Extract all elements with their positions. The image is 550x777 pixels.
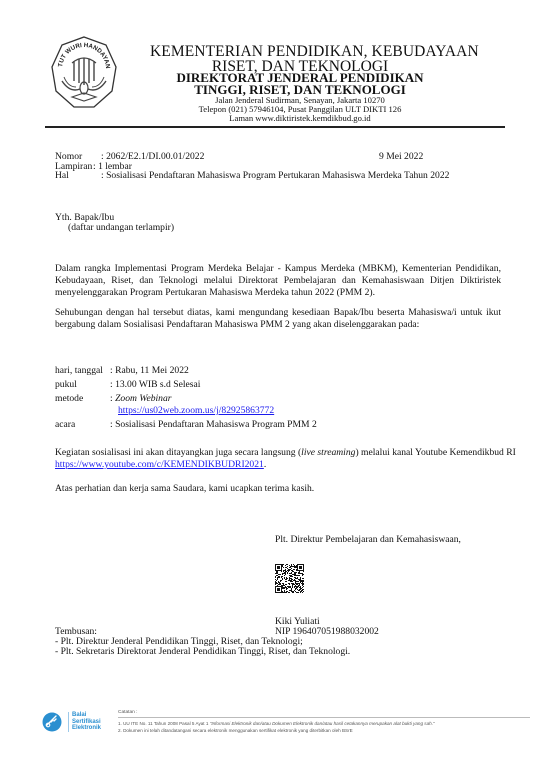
paragraph-3-italic: live streaming [301, 447, 355, 458]
paragraph-3-end: . [264, 459, 266, 470]
body-paragraph-3-line2: https://www.youtube.com/c/KEMENDIKBUDRI2… [55, 460, 505, 470]
detail-day-row: hari, tanggal: Rabu, 11 Mei 2022 [55, 366, 189, 376]
notes-label: Catatan : [118, 710, 530, 716]
bsre-logo: Balai Sertifikasi Elektronik [42, 712, 62, 737]
paragraph-3-mid: ) melalui kanal Youtube Kemendikbud RI [355, 447, 515, 458]
youtube-channel-link[interactable]: https://www.youtube.com/c/KEMENDIKBUDRI2… [55, 459, 264, 470]
tut-wuri-handayani-icon: TUT WURI HANDAYANI [48, 33, 120, 113]
detail-event-row: acara: Sosialisasi Pendaftaran Mahasiswa… [55, 420, 317, 430]
ministry-emblem-logo: TUT WURI HANDAYANI [48, 33, 120, 113]
detail-method-label: metode [55, 394, 110, 404]
body-paragraph-3-line1: Kegiatan sosialisasi ini akan ditayangka… [55, 448, 516, 458]
letterhead-divider [45, 126, 505, 128]
detail-time-row: pukul: 13.00 WIB s.d Selesai [55, 380, 200, 390]
qr-code-signature [275, 564, 304, 593]
paragraph-3-pre: Kegiatan sosialisasi ini akan ditayangka… [55, 447, 301, 458]
closing-sentence: Atas perhatian dan kerja sama Saudara, k… [55, 484, 314, 494]
bsre-key-icon [42, 712, 62, 732]
footer-note-1: 1. UU ITE No. 11 Tahun 2008 Pasal 5 Ayat… [118, 720, 530, 727]
zoom-webinar-link[interactable]: https://us02web.zoom.us/j/82925863772 [118, 406, 274, 416]
ministry-name-line1: KEMENTERIAN PENDIDIKAN, KEBUDAYAAN [150, 44, 450, 59]
body-paragraph-2: Sehubungan dengan hal tersebut diatas, k… [55, 307, 501, 331]
detail-event-label: acara [55, 420, 110, 430]
detail-event-value: : Sosialisasi Pendaftaran Mahasiswa Prog… [110, 419, 317, 430]
footer-notes: Catatan : 1. UU ITE No. 11 Tahun 2008 Pa… [118, 710, 530, 734]
detail-method-row: metode: Zoom Webinar [55, 394, 172, 404]
detail-method-value: Zoom Webinar [115, 393, 171, 404]
notes-divider [118, 717, 530, 718]
body-paragraph-1: Dalam rangka Implementasi Program Merdek… [55, 263, 501, 299]
signatory-title: Plt. Direktur Pembelajaran dan Kemahasis… [275, 535, 461, 545]
hal-row: Hal: Sosialisasi Pendaftaran Mahasiswa P… [55, 171, 449, 181]
recipient-note: (daftar undangan terlampir) [68, 223, 174, 233]
hal-value: : Sosialisasi Pendaftaran Mahasiswa Prog… [101, 170, 449, 181]
bsre-logo-text: Balai Sertifikasi Elektronik [68, 712, 101, 732]
detail-time-label: pukul [55, 380, 110, 390]
qr-code-icon [275, 564, 304, 593]
office-website: Laman www.diktiristek.kemdikbud.go.id [150, 113, 450, 123]
cc-item: - Plt. Sekretaris Direktorat Jenderal Pe… [55, 647, 350, 657]
detail-day-value: : Rabu, 11 Mei 2022 [110, 365, 189, 376]
detail-time-value: : 13.00 WIB s.d Selesai [110, 379, 200, 390]
letter-date: 9 Mei 2022 [379, 152, 423, 162]
detail-day-label: hari, tanggal [55, 366, 110, 376]
footer-note-2: 2. Dokumen ini telah ditandatangani seca… [118, 727, 530, 734]
hal-label: Hal [55, 171, 101, 181]
